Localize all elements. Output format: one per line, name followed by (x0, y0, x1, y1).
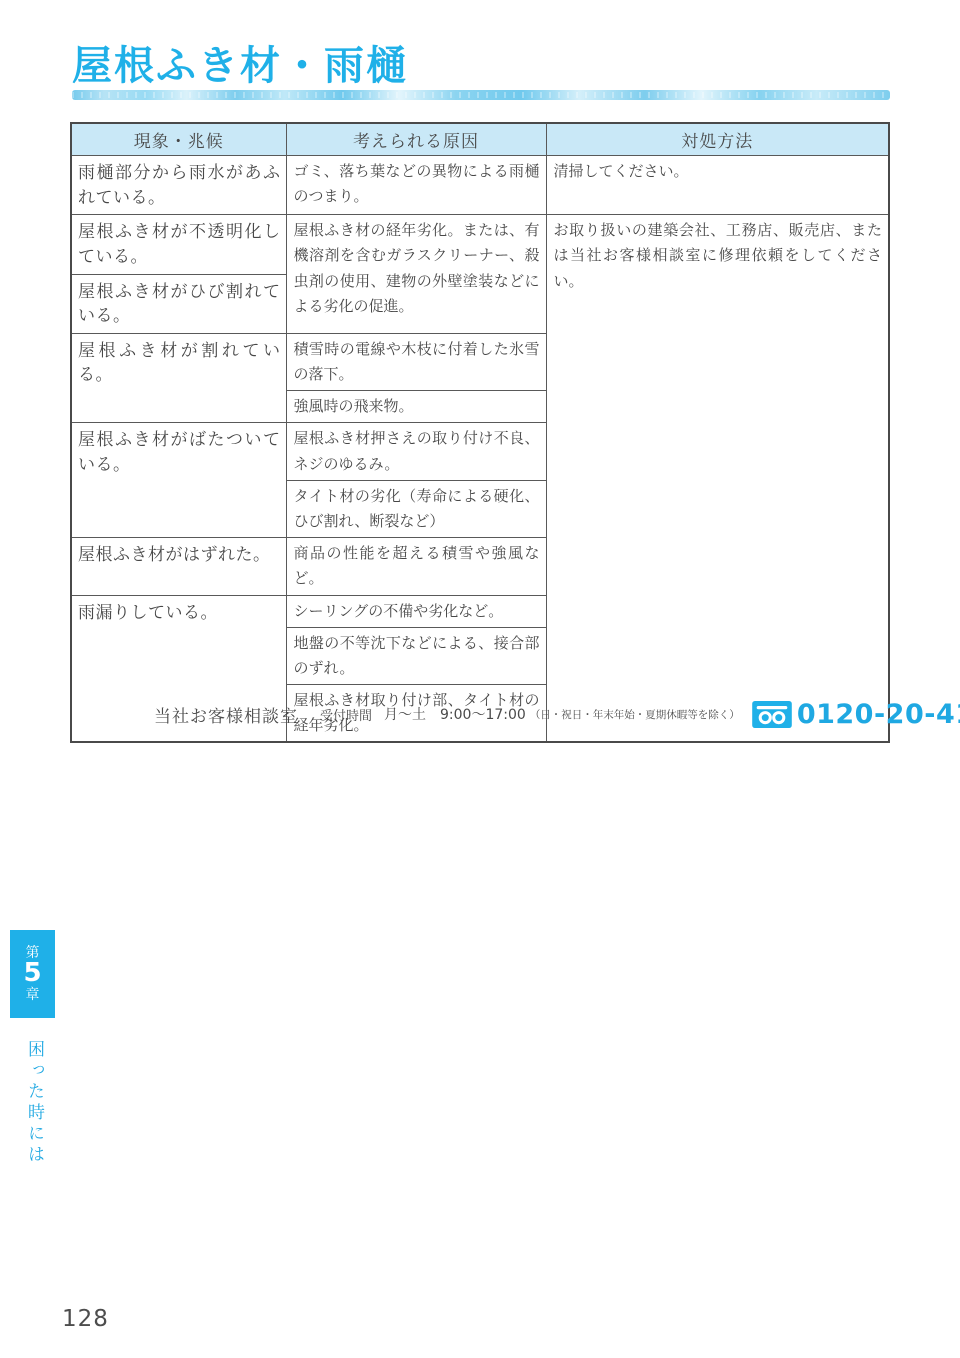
cause-cell: 屋根ふき材の経年劣化。または、有機溶剤を含むガラスクリーナー、殺虫剤の使用、建物… (286, 215, 546, 334)
reception-hours-note: （日・祝日・年末年始・夏期休暇等を除く） (530, 707, 740, 722)
cause-cell: 屋根ふき材押さえの取り付け不良、ネジのゆるみ。 (286, 423, 546, 480)
phenomenon-cell: 雨樋部分から雨水があふれている。 (71, 156, 286, 215)
cause-cell: 商品の性能を超える積雪や強風など。 (286, 538, 546, 595)
phenomenon-cell: 屋根ふき材がばたついている。 (71, 423, 286, 538)
reception-hours-label: 受付時間 (320, 705, 372, 724)
troubleshooting-table: 現象・兆候 考えられる原因 対処方法 雨樋部分から雨水があふれている。 ゴミ、落… (70, 122, 890, 743)
cause-cell: 地盤の不等沈下などによる、接合部のずれ。 (286, 627, 546, 684)
manual-page: 屋根ふき材・雨樋 現象・兆候 考えられる原因 対処方法 雨樋部分から雨水があふれ… (0, 0, 960, 1358)
table-row: 雨樋部分から雨水があふれている。 ゴミ、落ち葉などの異物による雨樋のつまり。 清… (71, 156, 889, 215)
chapter-tab-number: 5 (23, 960, 41, 987)
customer-support-line: 当社お客様相談室 受付時間 月〜土 9:00〜17:00 （日・祝日・年末年始・… (154, 694, 894, 734)
freedial-icon (752, 701, 792, 728)
cause-cell: タイト材の劣化（寿命による硬化、ひび割れ、断裂など） (286, 480, 546, 537)
page-number: 128 (62, 1306, 109, 1332)
chapter-title-vertical: 困った時には (22, 1040, 47, 1190)
cause-cell: シーリングの不備や劣化など。 (286, 595, 546, 627)
cause-cell: 積雪時の電線や木枝に付着した氷雪の落下。 (286, 333, 546, 390)
phenomenon-cell: 屋根ふき材がひび割れている。 (71, 274, 286, 333)
phenomenon-cell: 屋根ふき材が割れている。 (71, 333, 286, 423)
table-row: 屋根ふき材が不透明化している。 屋根ふき材の経年劣化。または、有機溶剤を含むガラ… (71, 215, 889, 274)
page-title: 屋根ふき材・雨樋 (72, 44, 408, 88)
cause-cell: 強風時の飛来物。 (286, 391, 546, 423)
header-phenomenon: 現象・兆候 (71, 123, 286, 156)
phenomenon-cell: 屋根ふき材がはずれた。 (71, 538, 286, 595)
action-cell: お取り扱いの建築会社、工務店、販売店、または当社お客様相談室に修理依頼をしてくだ… (546, 215, 889, 743)
support-office-label: 当社お客様相談室 (154, 702, 298, 727)
header-cause: 考えられる原因 (286, 123, 546, 156)
action-cell: 清掃してください。 (546, 156, 889, 215)
reception-hours: 月〜土 9:00〜17:00 (384, 704, 526, 724)
table-header-row: 現象・兆候 考えられる原因 対処方法 (71, 123, 889, 156)
toll-free-phone-number: 0120-20-4134 (797, 699, 960, 730)
chapter-tab: 第 5 章 (10, 930, 55, 1018)
phenomenon-cell: 屋根ふき材が不透明化している。 (71, 215, 286, 274)
header-action: 対処方法 (546, 123, 889, 156)
title-brush-underline (72, 90, 890, 100)
cause-cell: ゴミ、落ち葉などの異物による雨樋のつまり。 (286, 156, 546, 215)
chapter-tab-suffix: 章 (26, 988, 40, 1003)
